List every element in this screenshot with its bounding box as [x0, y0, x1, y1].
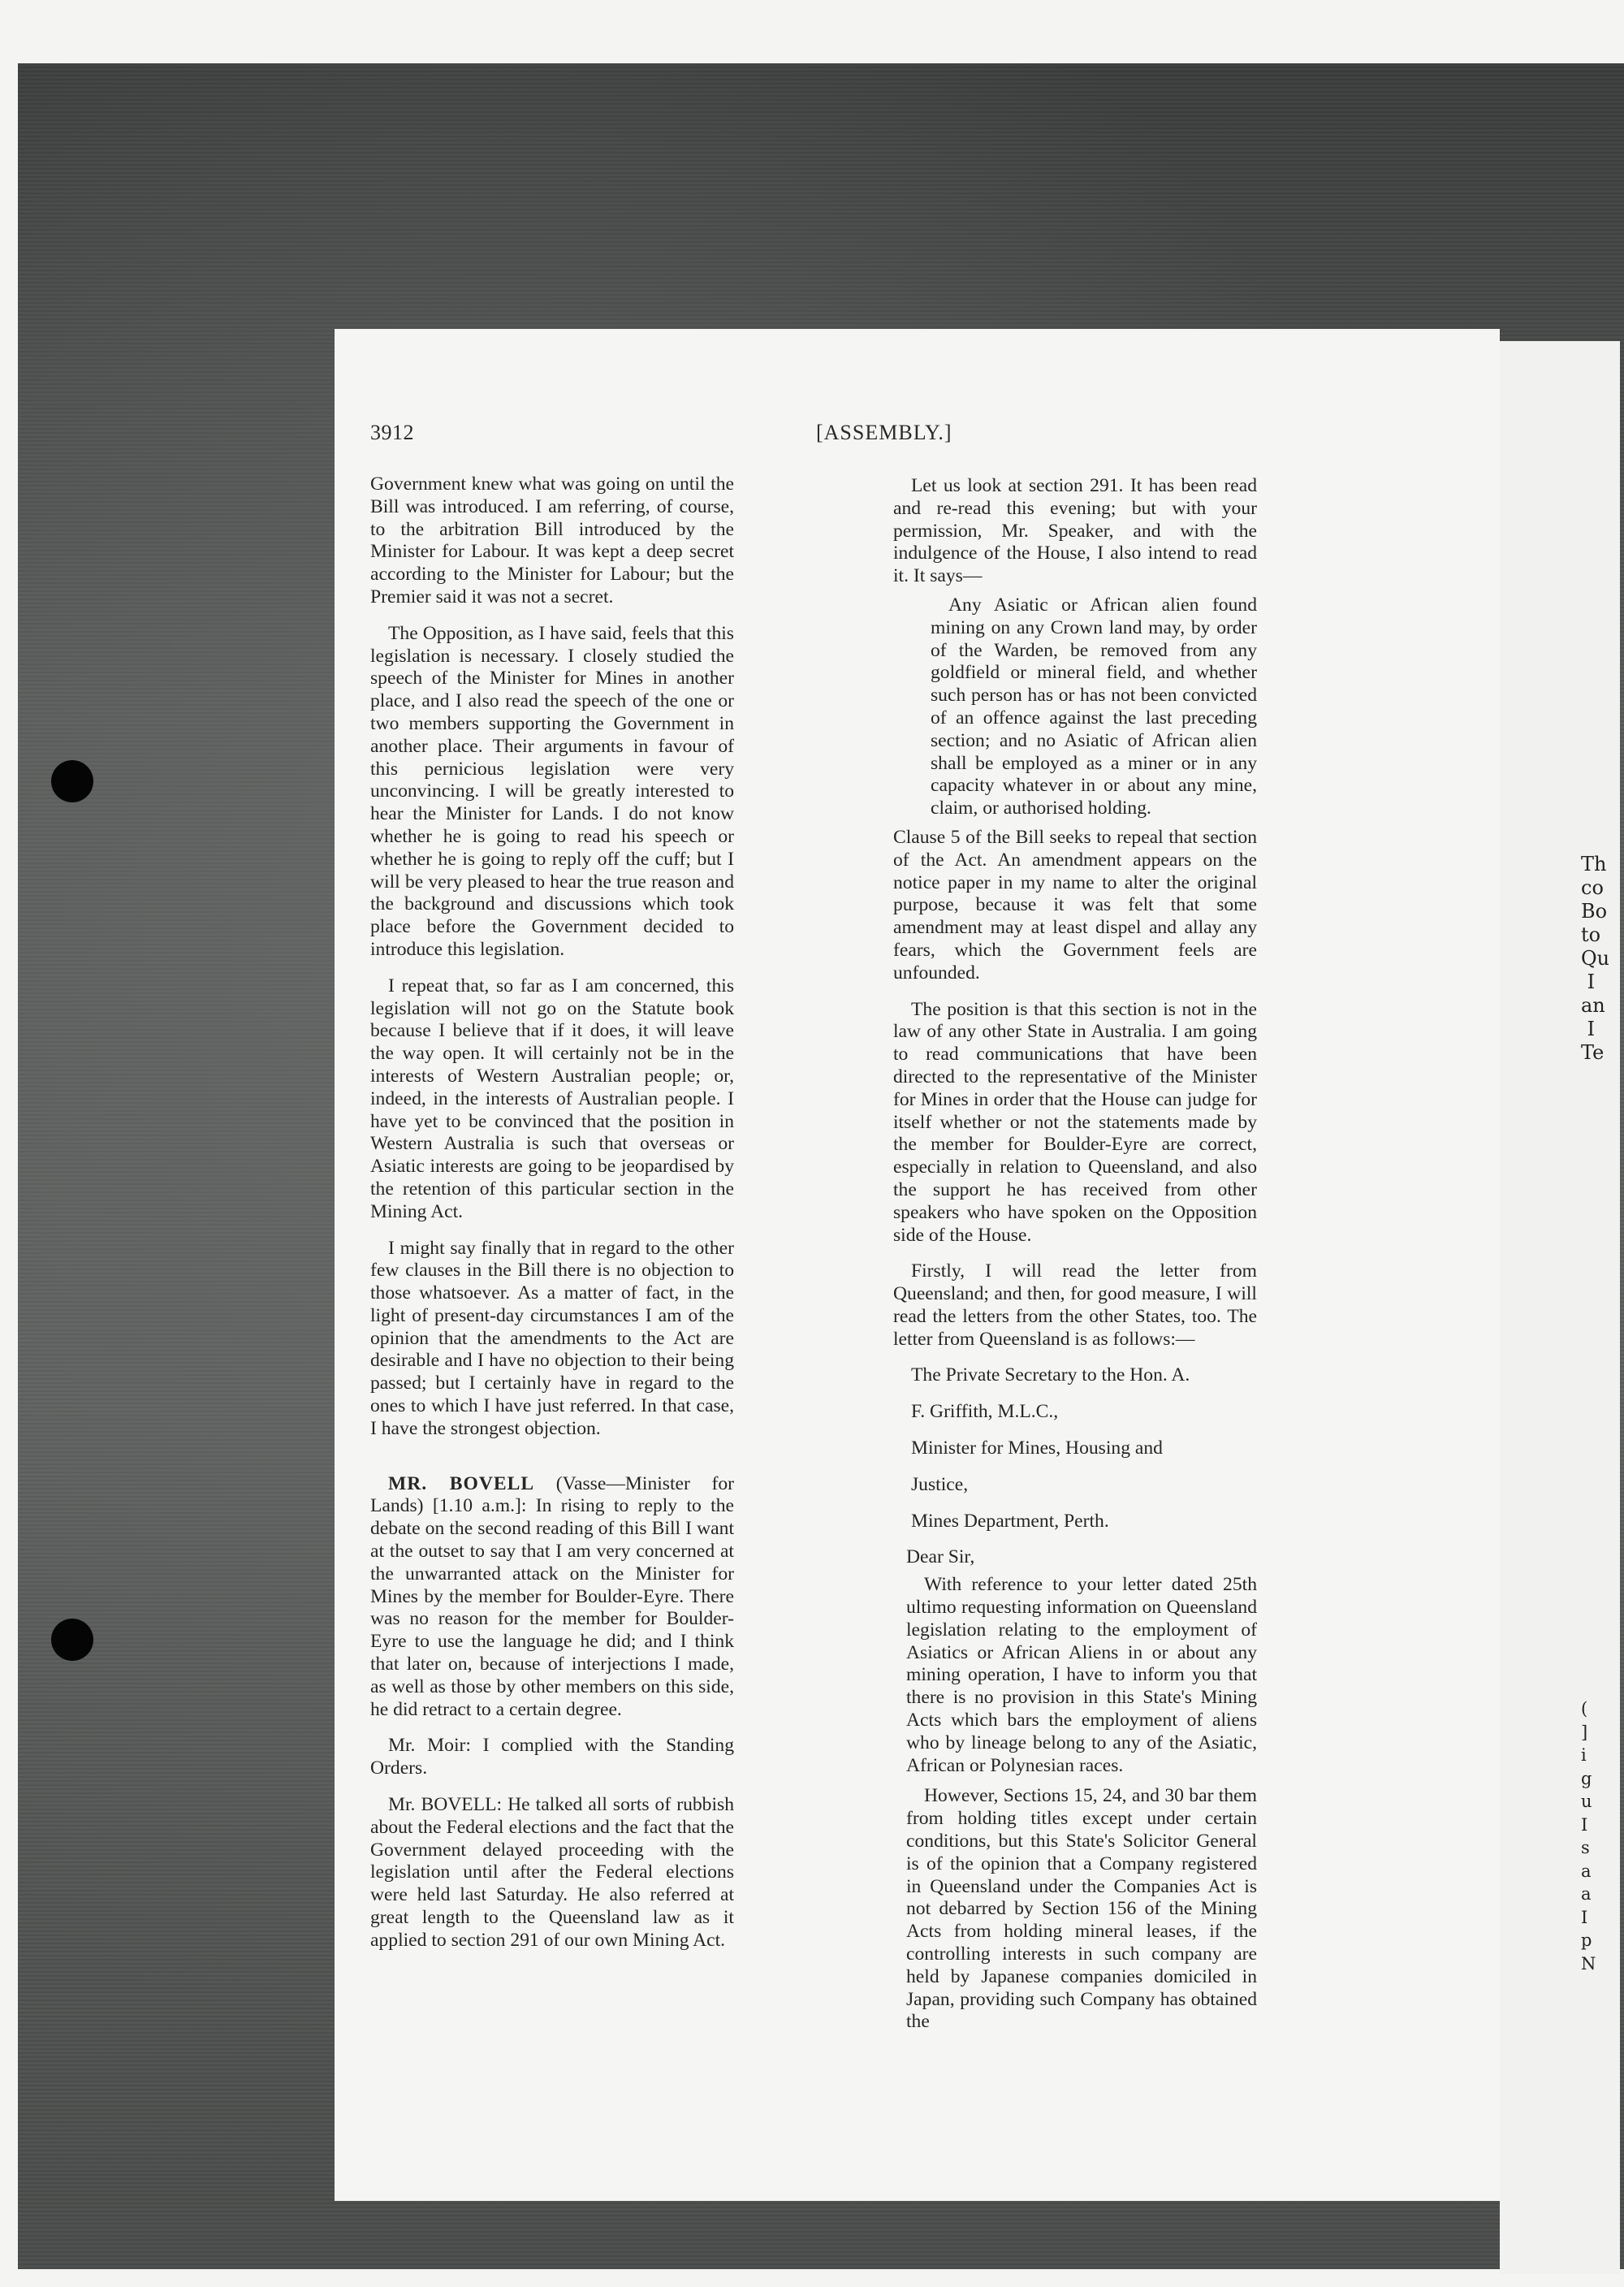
paragraph: I might say finally that in regard to th… — [370, 1238, 734, 1441]
scan-margin-top — [0, 0, 1624, 63]
scan-margin-bottom — [0, 2271, 1624, 2287]
address-line: The Private Secretary to the Hon. A. — [893, 1364, 1257, 1387]
paragraph: The Opposition, as I have said, feels th… — [370, 623, 734, 962]
address-line: Mines Department, Perth. — [893, 1511, 1257, 1533]
address-line: Minister for Mines, Housing and — [893, 1437, 1257, 1460]
hansard-page: 3912 [ASSEMBLY.] Government knew what wa… — [335, 329, 1500, 2201]
paragraph: Mr. BOVELL: He talked all sorts of rubbi… — [370, 1794, 734, 1952]
scan-margin-left — [0, 0, 18, 2287]
adjacent-page-edge: Th co Bo to Qu I an I Te ( ] i g u I s a… — [1500, 341, 1620, 2274]
adjacent-page-text-upper: Th co Bo to Qu I an I Te — [1581, 853, 1609, 1065]
address-line: Justice, — [893, 1474, 1257, 1497]
paragraph: I repeat that, so far as I am concerned,… — [370, 975, 734, 1224]
letter-salutation: Dear Sir, — [906, 1546, 1257, 1569]
punch-hole-icon — [51, 760, 93, 802]
paragraph: Government knew what was going on until … — [370, 473, 734, 609]
paragraph: The position is that this section is not… — [893, 999, 1257, 1247]
quoted-section: Any Asiatic or African alien found minin… — [931, 594, 1257, 820]
left-column: Government knew what was going on until … — [370, 473, 734, 1966]
page-number: 3912 — [370, 421, 414, 445]
running-head: [ASSEMBLY.] — [816, 421, 952, 445]
address-line: F. Griffith, M.L.C., — [893, 1401, 1257, 1424]
speech-text: (Vasse—Minister for Lands) [1.10 a.m.]: … — [370, 1473, 734, 1720]
letter-paragraph: However, Sections 15, 24, and 30 bar the… — [906, 1785, 1257, 2034]
letter-address: The Private Secretary to the Hon. A. F. … — [893, 1364, 1257, 1533]
interjection: Mr. Moir: I complied with the Standing O… — [370, 1735, 734, 1780]
paragraph: Firstly, I will read the letter from Que… — [893, 1260, 1257, 1351]
letter-paragraph: With reference to your letter dated 25th… — [906, 1574, 1257, 1777]
punch-hole-icon — [51, 1619, 93, 1661]
right-column: Let us look at section 291. It has been … — [893, 475, 1257, 2042]
paragraph: Let us look at section 291. It has been … — [893, 475, 1257, 588]
adjacent-page-text-lower: ( ] i g u I s a a I p N — [1581, 1697, 1609, 1975]
speech-paragraph: MR. BOVELL (Vasse—Minister for Lands) [1… — [370, 1473, 734, 1722]
speaker-name: MR. BOVELL — [388, 1473, 534, 1494]
paragraph: Clause 5 of the Bill seeks to repeal tha… — [893, 827, 1257, 985]
